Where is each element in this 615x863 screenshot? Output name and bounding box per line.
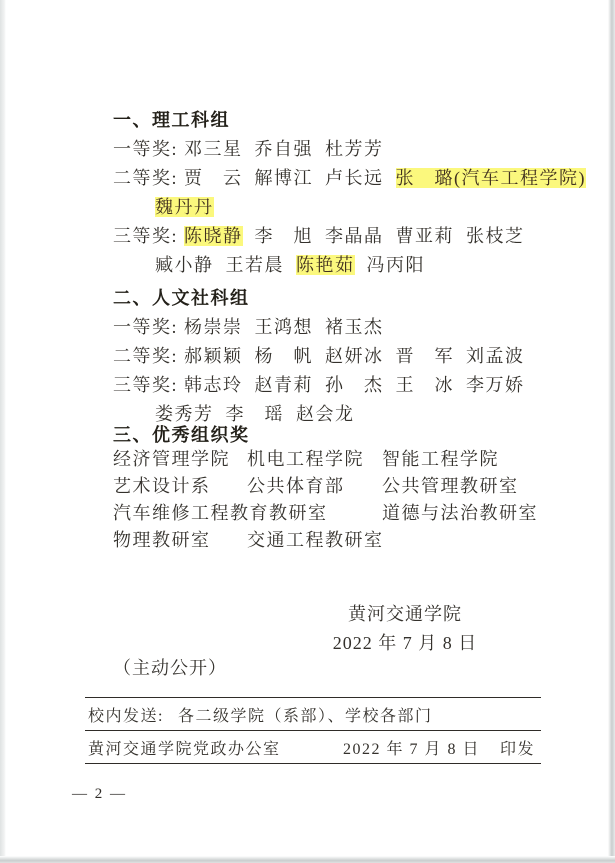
signature-block: 黄河交通学院 2022 年 7 月 8 日 — [290, 600, 520, 658]
section-heading: 一、理工科组 — [113, 106, 615, 135]
award-text: 李 旭 李晶晶 曹亚莉 张枝芝 — [243, 226, 525, 246]
highlighted-name: 陈艳茹 — [296, 255, 355, 275]
award-text: 冯丙阳 — [355, 255, 426, 275]
issue-date-group: 2022 年 7 月 8 日 印发 — [343, 736, 535, 759]
award-text: 二等奖: 贾 云 解博江 卢长远 — [113, 168, 396, 188]
disclosure-note: （主动公开） — [113, 654, 615, 683]
award-line: 二等奖: 郝颖颖 杨 帆 赵妍冰 晋 军 刘孟波 — [113, 342, 615, 371]
highlighted-name: 张 璐(汽车工程学院) — [396, 168, 587, 188]
award-line: 三等奖: 陈晓静 李 旭 李晶晶 曹亚莉 张枝芝 — [113, 222, 615, 251]
award-text: 臧小静 王若晨 — [155, 255, 296, 275]
page-number: — 2 — — [72, 786, 615, 803]
org-award-item: 物理教研室 — [113, 527, 247, 554]
issuer-name: 黄河交通学院党政办公室 — [88, 736, 281, 759]
issuer-row: 黄河交通学院党政办公室 2022 年 7 月 8 日 印发 — [85, 730, 541, 763]
org-award-item: 经济管理学院 — [113, 446, 247, 473]
award-text: 一等奖: 邓三星 乔自强 杜芳芳 — [113, 139, 384, 159]
org-award-item: 交通工程教研室 — [247, 527, 563, 554]
signature-org: 黄河交通学院 — [290, 600, 520, 629]
award-text: 二等奖: 郝颖颖 杨 帆 赵妍冰 晋 军 刘孟波 — [113, 346, 525, 366]
distribution-value: 各二级学院（系部）、学校各部门 — [178, 703, 433, 726]
org-award-grid: 经济管理学院机电工程学院智能工程学院艺术设计系公共体育部公共管理教研室汽车维修工… — [113, 446, 563, 554]
award-text: 三等奖: 韩志玲 赵青莉 孙 杰 王 冰 李万娇 — [113, 375, 525, 395]
issue-date: 2022 年 7 月 8 日 — [343, 736, 480, 759]
award-text: 三等奖: — [113, 226, 184, 246]
org-award-item: 机电工程学院 — [247, 446, 382, 473]
issue-suffix: 印发 — [500, 736, 535, 759]
award-line: 二等奖: 贾 云 解博江 卢长远 张 璐(汽车工程学院) — [113, 164, 615, 193]
section-heading: 二、人文社科组 — [113, 284, 615, 313]
distribution-row: 校内发送: 各二级学院（系部）、学校各部门 — [85, 698, 541, 730]
org-award-item: 道德与法治教研室 — [382, 500, 563, 527]
org-award-item: 公共体育部 — [247, 473, 382, 500]
award-line: 一等奖: 杨崇崇 王鸿想 褚玉杰 — [113, 313, 615, 342]
org-award-item: 智能工程学院 — [382, 446, 563, 473]
document-content: 一、理工科组一等奖: 邓三星 乔自强 杜芳芳二等奖: 贾 云 解博江 卢长远 张… — [0, 0, 615, 803]
highlighted-name: 魏丹丹 — [155, 197, 214, 217]
award-line: 魏丹丹 — [113, 193, 615, 222]
award-line: 一等奖: 邓三星 乔自强 杜芳芳 — [113, 135, 615, 164]
award-line: 三等奖: 韩志玲 赵青莉 孙 杰 王 冰 李万娇 — [113, 371, 615, 400]
org-award-item: 公共管理教研室 — [382, 473, 563, 500]
document-page: 一、理工科组一等奖: 邓三星 乔自强 杜芳芳二等奖: 贾 云 解博江 卢长远 张… — [0, 0, 615, 863]
distribution-label: 校内发送: — [88, 703, 164, 726]
org-award-item: 艺术设计系 — [113, 473, 247, 500]
award-line: 臧小静 王若晨 陈艳茹 冯丙阳 — [113, 251, 615, 280]
highlighted-name: 陈晓静 — [184, 226, 243, 246]
scan-edge-right — [608, 0, 615, 863]
scan-edge-bottom — [0, 856, 615, 863]
footer-distribution-box: 校内发送: 各二级学院（系部）、学校各部门 黄河交通学院党政办公室 2022 年… — [85, 697, 541, 764]
org-award-item: 汽车维修工程教育教研室 — [113, 500, 382, 527]
award-text: 一等奖: 杨崇崇 王鸿想 褚玉杰 — [113, 317, 384, 337]
award-sections: 一、理工科组一等奖: 邓三星 乔自强 杜芳芳二等奖: 贾 云 解博江 卢长远 张… — [0, 0, 615, 450]
scan-edge-left — [0, 0, 6, 863]
